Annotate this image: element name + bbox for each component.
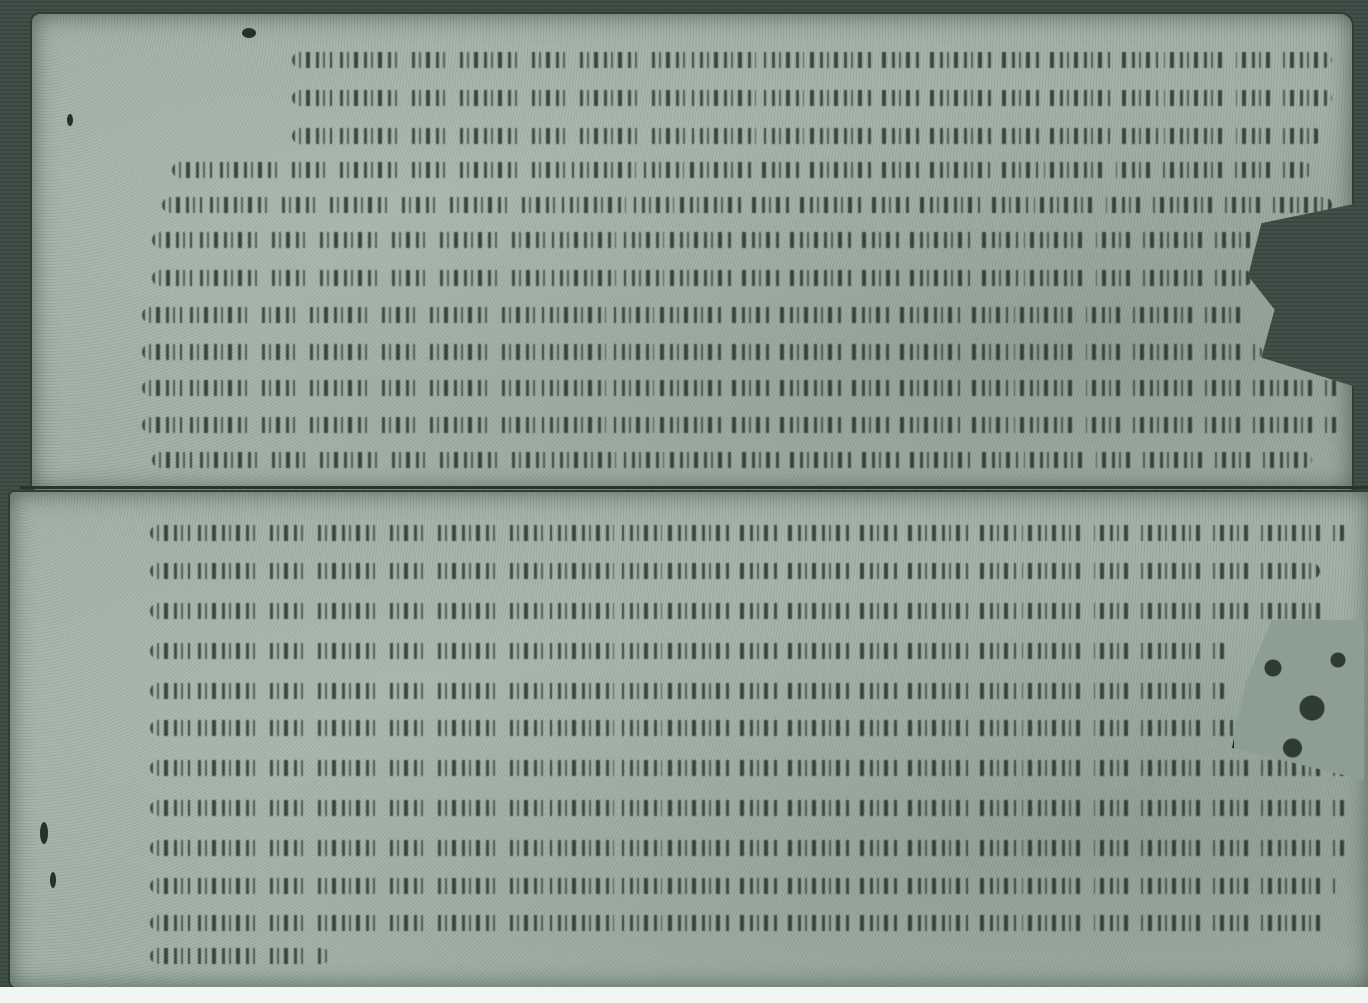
handwritten-script-line	[152, 262, 1252, 292]
ink-blot	[242, 28, 256, 38]
ink-blot	[67, 114, 73, 126]
handwritten-script-line	[142, 409, 1342, 439]
handwritten-script-line	[150, 595, 1330, 625]
ink-blot	[50, 872, 56, 888]
manuscript-photo	[0, 0, 1368, 1003]
handwritten-script-line	[150, 940, 330, 970]
handwritten-script-line	[292, 120, 1322, 150]
handwritten-script-line	[152, 444, 1312, 474]
handwritten-script-line	[150, 870, 1340, 900]
bottom-sheet-text-lines	[10, 492, 1368, 988]
handwritten-script-line	[142, 299, 1252, 329]
handwritten-script-line	[150, 555, 1320, 585]
handwritten-script-line	[292, 82, 1332, 112]
handwritten-script-line	[152, 224, 1312, 254]
handwritten-script-line	[150, 832, 1350, 862]
photo-bottom-border	[0, 987, 1368, 1003]
handwritten-script-line	[150, 907, 1330, 937]
fold-crease	[20, 486, 1368, 489]
handwritten-script-line	[142, 372, 1342, 402]
handwritten-script-line	[150, 675, 1230, 705]
handwritten-script-line	[150, 517, 1350, 547]
handwritten-script-line	[150, 712, 1240, 742]
manuscript-sheet-top	[30, 12, 1354, 492]
handwritten-script-line	[150, 792, 1350, 822]
handwritten-script-line	[292, 44, 1332, 74]
ink-blot	[40, 822, 48, 844]
handwritten-script-line	[142, 336, 1262, 366]
top-sheet-text-lines	[32, 14, 1352, 490]
handwritten-script-line	[172, 154, 1312, 184]
handwritten-script-line	[150, 635, 1230, 665]
handwritten-script-line	[150, 752, 1350, 782]
manuscript-sheet-bottom	[8, 490, 1368, 990]
handwritten-script-line	[162, 189, 1332, 219]
